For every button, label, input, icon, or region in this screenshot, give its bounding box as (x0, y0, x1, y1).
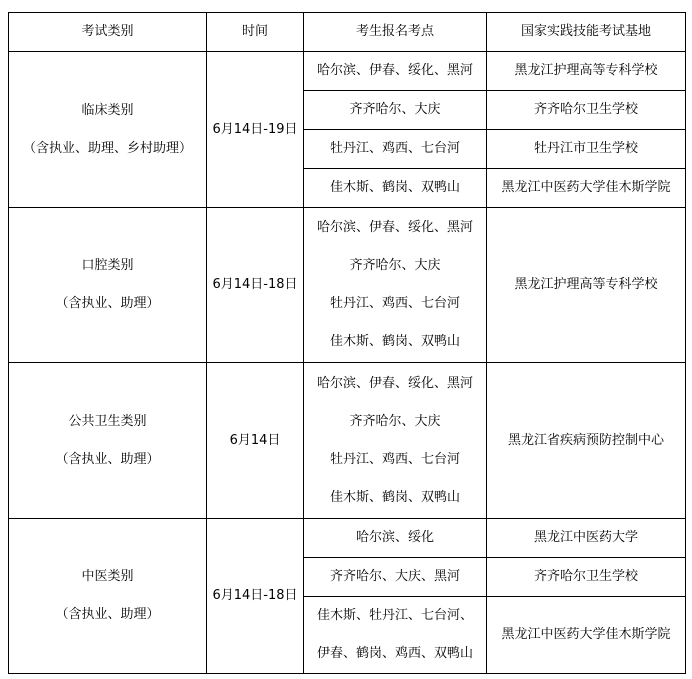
header-exam-category: 考试类别 (9, 13, 207, 52)
table-row: 公共卫生类别 （含执业、助理） 6月14日 哈尔滨、伊春、绥化、黑河 齐齐哈尔、… (9, 363, 686, 519)
category-cell: 口腔类别 （含执业、助理） (9, 208, 207, 363)
time-cell: 6月14日-18日 (207, 208, 304, 363)
category-note: （含执业、助理） (13, 294, 202, 314)
category-note: （含执业、助理） (13, 605, 202, 625)
table-row: 口腔类别 （含执业、助理） 6月14日-18日 哈尔滨、伊春、绥化、黑河 齐齐哈… (9, 208, 686, 363)
location-line: 齐齐哈尔、大庆 (308, 403, 482, 441)
location-line: 哈尔滨、伊春、绥化、黑河 (308, 365, 482, 403)
category-name: 口腔类别 (13, 256, 202, 276)
header-row: 考试类别 时间 考生报名考点 国家实践技能考试基地 (9, 13, 686, 52)
header-time: 时间 (207, 13, 304, 52)
base-cell: 黑龙江中医药大学 (487, 519, 686, 558)
location-line: 牡丹江、鸡西、七台河 (308, 285, 482, 323)
category-name: 公共卫生类别 (13, 412, 202, 432)
category-cell: 公共卫生类别 （含执业、助理） (9, 363, 207, 519)
base-cell: 黑龙江护理高等专科学校 (487, 52, 686, 91)
category-name: 中医类别 (13, 567, 202, 587)
location-cell: 哈尔滨、伊春、绥化、黑河 齐齐哈尔、大庆 牡丹江、鸡西、七台河 佳木斯、鹤岗、双… (304, 208, 487, 363)
time-cell: 6月14日-18日 (207, 519, 304, 674)
location-line: 佳木斯、牡丹江、七台河、 (308, 597, 482, 635)
table-row: 中医类别 （含执业、助理） 6月14日-18日 哈尔滨、绥化 黑龙江中医药大学 (9, 519, 686, 558)
location-line: 佳木斯、鹤岗、双鸭山 (308, 323, 482, 361)
location-line: 伊春、鹤岗、鸡西、双鸭山 (308, 635, 482, 673)
location-line: 齐齐哈尔、大庆 (308, 247, 482, 285)
category-cell: 临床类别 （含执业、助理、乡村助理） (9, 52, 207, 208)
category-note: （含执业、助理） (13, 450, 202, 470)
base-cell: 齐齐哈尔卫生学校 (487, 558, 686, 597)
location-cell: 齐齐哈尔、大庆 (304, 91, 487, 130)
location-cell: 哈尔滨、伊春、绥化、黑河 (304, 52, 487, 91)
location-cell: 佳木斯、牡丹江、七台河、 伊春、鹤岗、鸡西、双鸭山 (304, 597, 487, 674)
header-registration-site: 考生报名考点 (304, 13, 487, 52)
category-name: 临床类别 (13, 101, 202, 121)
header-exam-base: 国家实践技能考试基地 (487, 13, 686, 52)
table-row: 临床类别 （含执业、助理、乡村助理） 6月14日-19日 哈尔滨、伊春、绥化、黑… (9, 52, 686, 91)
base-cell: 黑龙江中医药大学佳木斯学院 (487, 169, 686, 208)
location-cell: 佳木斯、鹤岗、双鸭山 (304, 169, 487, 208)
location-cell: 齐齐哈尔、大庆、黑河 (304, 558, 487, 597)
base-cell: 黑龙江省疾病预防控制中心 (487, 363, 686, 519)
location-line: 哈尔滨、伊春、绥化、黑河 (308, 209, 482, 247)
location-line: 佳木斯、鹤岗、双鸭山 (308, 479, 482, 517)
location-cell: 哈尔滨、绥化 (304, 519, 487, 558)
base-cell: 黑龙江中医药大学佳木斯学院 (487, 597, 686, 674)
location-cell: 哈尔滨、伊春、绥化、黑河 齐齐哈尔、大庆 牡丹江、鸡西、七台河 佳木斯、鹤岗、双… (304, 363, 487, 519)
exam-schedule-table: 考试类别 时间 考生报名考点 国家实践技能考试基地 临床类别 （含执业、助理、乡… (8, 12, 686, 674)
category-cell: 中医类别 （含执业、助理） (9, 519, 207, 674)
time-cell: 6月14日 (207, 363, 304, 519)
location-line: 牡丹江、鸡西、七台河 (308, 441, 482, 479)
base-cell: 牡丹江市卫生学校 (487, 130, 686, 169)
time-cell: 6月14日-19日 (207, 52, 304, 208)
base-cell: 齐齐哈尔卫生学校 (487, 91, 686, 130)
category-note: （含执业、助理、乡村助理） (13, 139, 202, 159)
base-cell: 黑龙江护理高等专科学校 (487, 208, 686, 363)
location-cell: 牡丹江、鸡西、七台河 (304, 130, 487, 169)
